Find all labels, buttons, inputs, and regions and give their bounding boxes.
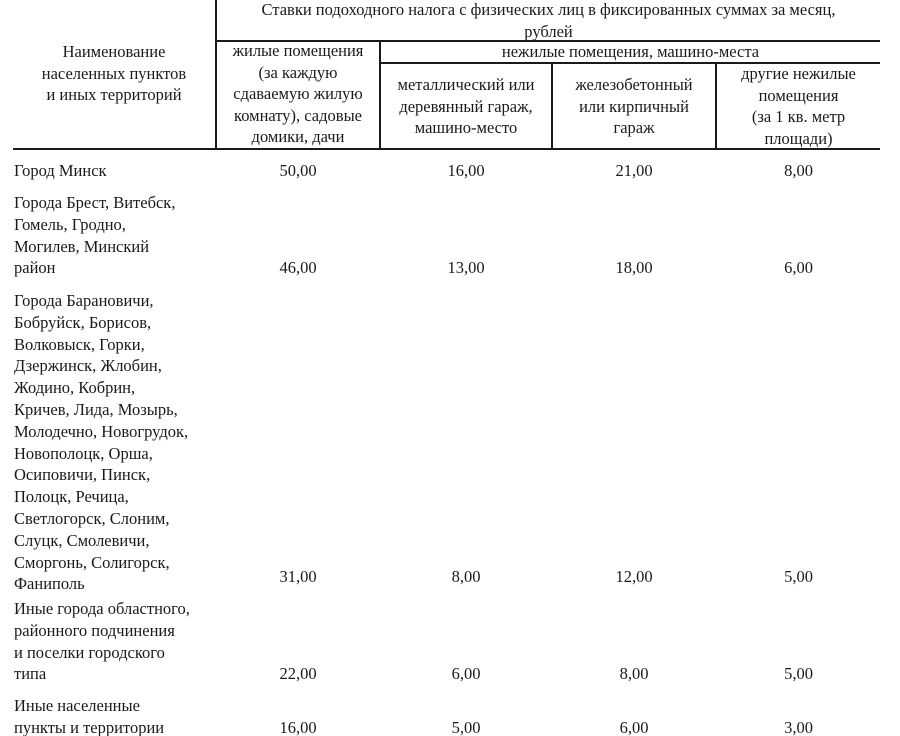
row-name: Иные населенные пункты и территории [14, 695, 224, 736]
value-metal-garage: 16,00 [381, 160, 551, 182]
value-residential: 22,00 [217, 663, 379, 685]
value-other: 6,00 [717, 257, 880, 279]
row-name: Город Минск [14, 160, 224, 182]
value-metal-garage: 8,00 [381, 566, 551, 588]
value-concrete-garage: 18,00 [553, 257, 715, 279]
value-concrete-garage: 12,00 [553, 566, 715, 588]
value-residential: 46,00 [217, 257, 379, 279]
value-other: 3,00 [717, 717, 880, 736]
value-other: 8,00 [717, 160, 880, 182]
value-residential: 50,00 [217, 160, 379, 182]
value-metal-garage: 5,00 [381, 717, 551, 736]
value-residential: 31,00 [217, 566, 379, 588]
value-metal-garage: 6,00 [381, 663, 551, 685]
header-name-column: Наименование населенных пунктов и иных т… [13, 41, 215, 106]
value-other: 5,00 [717, 566, 880, 588]
value-concrete-garage: 6,00 [553, 717, 715, 736]
header-metal-garage: металлический или деревянный гараж, маши… [381, 74, 551, 139]
value-metal-garage: 13,00 [381, 257, 551, 279]
header-nonresidential-group: нежилые помещения, машино-места [381, 41, 880, 63]
value-residential: 16,00 [217, 717, 379, 736]
row-name: Иные города областного, районного подчин… [14, 598, 224, 685]
row-name: Города Барановичи, Бобруйск, Борисов, Во… [14, 290, 224, 595]
value-other: 5,00 [717, 663, 880, 685]
header-concrete-garage: железобетонный или кирпичный гараж [553, 74, 715, 139]
header-other-nonresidential: другие нежилые помещения (за 1 кв. метр … [717, 63, 880, 149]
header-rates-title: Ставки подоходного налога с физических л… [217, 0, 880, 42]
row-name: Города Брест, Витебск, Гомель, Гродно, М… [14, 192, 224, 279]
header-residential: жилые помещения (за каждую сдаваемую жил… [217, 40, 379, 148]
value-concrete-garage: 8,00 [553, 663, 715, 685]
value-concrete-garage: 21,00 [553, 160, 715, 182]
